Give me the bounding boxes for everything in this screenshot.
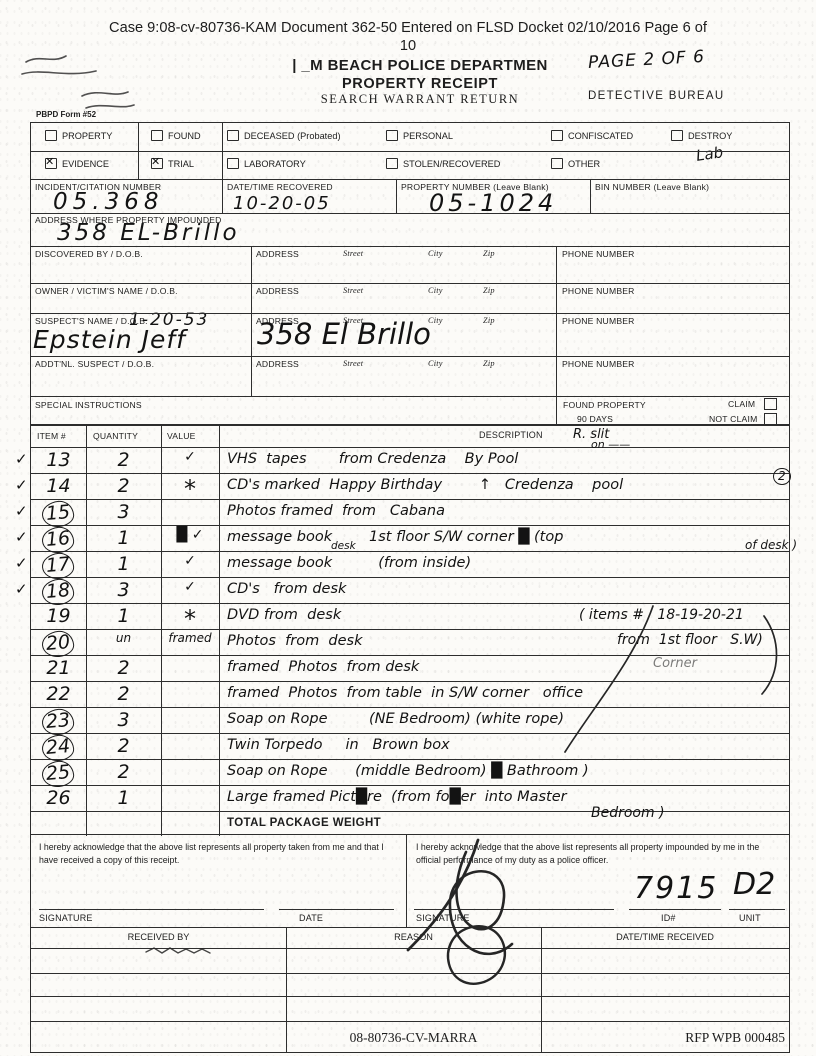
address-label: ADDRESS bbox=[256, 286, 299, 296]
item-row: 242Twin Torpedo in Brown box bbox=[31, 734, 789, 760]
unit-label: UNIT bbox=[739, 913, 761, 923]
rule-line bbox=[31, 396, 789, 397]
margin-checkmark: ✓ bbox=[15, 554, 28, 572]
city-label: City bbox=[428, 249, 443, 258]
not-claim-checkbox-icon bbox=[764, 413, 777, 425]
item-number: 17 bbox=[41, 552, 75, 581]
classification-checkbox: LABORATORY bbox=[227, 158, 306, 169]
zip-label: Zip bbox=[483, 316, 495, 325]
description-note-right: 2 bbox=[773, 468, 791, 485]
item-number-cell: 18 bbox=[31, 579, 86, 605]
phone-label: PHONE NUMBER bbox=[562, 316, 635, 326]
street-label: Street bbox=[343, 286, 363, 295]
item-number-cell: 19 bbox=[31, 605, 86, 628]
item-description: Photos framed from Cabana bbox=[227, 503, 445, 519]
ninety-days-label: 90 DAYS bbox=[577, 414, 613, 424]
checkbox-icon bbox=[227, 158, 239, 169]
checkbox-label: DECEASED (Probated) bbox=[244, 131, 341, 141]
checkbox-icon bbox=[151, 130, 163, 141]
signature-label: SIGNATURE bbox=[39, 913, 93, 923]
address-label: ADDRESS bbox=[256, 359, 299, 369]
classification-checkbox: FOUND bbox=[151, 130, 201, 141]
margin-checkmark: ✓ bbox=[15, 450, 28, 468]
quantity-cell: un bbox=[86, 631, 161, 645]
rule-line bbox=[31, 179, 789, 180]
value-cell: ✓ bbox=[161, 449, 219, 465]
received-by-header: RECEIVED BY bbox=[31, 932, 286, 942]
item-number-cell: 14 bbox=[31, 475, 86, 498]
total-weight-label: TOTAL PACKAGE WEIGHT bbox=[227, 817, 381, 829]
item-row: 222framed Photos from table in S/W corne… bbox=[31, 682, 789, 708]
corner-scribble bbox=[22, 56, 134, 108]
item-row: ✓171✓message book (from inside) bbox=[31, 552, 789, 578]
quantity-cell: 2 bbox=[86, 761, 161, 783]
quantity-cell: 1 bbox=[86, 527, 161, 549]
checkbox-icon bbox=[45, 130, 57, 141]
date-recovered-value: 10-20-05 bbox=[233, 193, 331, 214]
description-note-right: ( items # 18-19-20-21 bbox=[579, 607, 744, 623]
margin-checkmark: ✓ bbox=[15, 580, 28, 598]
item-row: ✓132✓VHS tapes from Credenza By Poolon —… bbox=[31, 448, 789, 474]
item-number: 20 bbox=[41, 630, 75, 659]
rule-line bbox=[31, 246, 789, 247]
value-cell: framed bbox=[161, 631, 219, 645]
phone-label: PHONE NUMBER bbox=[562, 249, 635, 259]
item-number: 13 bbox=[46, 449, 70, 471]
item-description: Large framed Pict█re (from fo█er into Ma… bbox=[227, 789, 567, 805]
zip-label: Zip bbox=[483, 249, 495, 258]
item-row: ✓183✓CD's from desk bbox=[31, 578, 789, 604]
divider bbox=[222, 123, 223, 213]
court-header-line1: Case 9:08-cv-80736-KAM Document 362-50 E… bbox=[0, 20, 816, 36]
item-description: Soap on Rope (NE Bedroom) (white rope) bbox=[227, 711, 564, 727]
checkbox-icon bbox=[227, 130, 239, 141]
rule-line bbox=[31, 151, 789, 152]
item-number: 14 bbox=[46, 475, 70, 497]
item-number-cell: 26 bbox=[31, 787, 86, 810]
description-note-above: on —— bbox=[591, 438, 630, 451]
item-number-cell: 15 bbox=[31, 501, 86, 527]
value-cell: * bbox=[161, 605, 219, 633]
item-row: ✓153Photos framed from Cabana bbox=[31, 500, 789, 526]
item-number-cell: 16 bbox=[31, 527, 86, 553]
checkbox-label: PROPERTY bbox=[62, 131, 112, 141]
item-description: DVD from desk bbox=[227, 607, 341, 623]
divider bbox=[406, 835, 407, 928]
unit-line bbox=[729, 909, 785, 910]
quantity-cell: 1 bbox=[86, 787, 161, 809]
suspect-name-value: Epstein Jeff bbox=[33, 325, 186, 354]
officer-signature-label: SIGNATURE bbox=[416, 913, 470, 923]
checkbox-label: CONFISCATED bbox=[568, 131, 633, 141]
ack-right-text: I hereby acknowledge that the above list… bbox=[416, 841, 778, 867]
date-label: DATE bbox=[299, 913, 323, 923]
zip-label: Zip bbox=[483, 286, 495, 295]
item-row: 212framed Photos from deskCorner bbox=[31, 656, 789, 682]
item-number: 18 bbox=[41, 578, 75, 607]
form-number: PBPD Form #52 bbox=[36, 110, 96, 119]
margin-checkmark: ✓ bbox=[15, 476, 28, 494]
classification-checkbox: CONFISCATED bbox=[551, 130, 633, 141]
checkbox-label: OTHER bbox=[568, 159, 600, 169]
received-section: RECEIVED BY REASON DATE/TIME RECEIVED 08… bbox=[30, 928, 790, 1053]
divider bbox=[161, 426, 162, 836]
quantity-cell: 3 bbox=[86, 579, 161, 601]
rule-line bbox=[31, 313, 789, 314]
checkbox-label: LABORATORY bbox=[244, 159, 306, 169]
date-line bbox=[279, 909, 394, 910]
claim-label: CLAIM bbox=[728, 399, 755, 409]
description-note-right: Corner bbox=[653, 656, 697, 671]
acknowledgment-section: I hereby acknowledge that the above list… bbox=[30, 835, 790, 928]
checkbox-label: EVIDENCE bbox=[62, 159, 109, 169]
item-number-cell: 23 bbox=[31, 709, 86, 735]
description-note-below: desk bbox=[331, 540, 356, 552]
classification-checkbox: DESTROY bbox=[671, 130, 732, 141]
classification-checkbox: PERSONAL bbox=[386, 130, 453, 141]
zip-label: Zip bbox=[483, 359, 495, 368]
value-cell: * bbox=[161, 475, 219, 503]
checkbox-label: FOUND bbox=[168, 131, 201, 141]
quantity-cell: 2 bbox=[86, 475, 161, 497]
checkbox-icon bbox=[45, 158, 57, 169]
value-cell: ✓ bbox=[161, 553, 219, 569]
row-line bbox=[31, 948, 789, 949]
item-number: 23 bbox=[41, 708, 75, 737]
classification-checkbox: EVIDENCE bbox=[45, 158, 109, 169]
quantity-cell: 3 bbox=[86, 709, 161, 731]
divider bbox=[219, 426, 220, 836]
item-description: CD's from desk bbox=[227, 581, 346, 597]
street-label: Street bbox=[343, 249, 363, 258]
item-row: ✓161█ ✓message book 1st floor S/W corner… bbox=[31, 526, 789, 552]
value-cell: ✓ bbox=[161, 579, 219, 595]
footer-case-number: 08-80736-CV-MARRA bbox=[286, 1030, 541, 1046]
checkbox-label: PERSONAL bbox=[403, 131, 453, 141]
classification-checkbox: DECEASED (Probated) bbox=[227, 130, 341, 141]
divider bbox=[556, 246, 557, 426]
checkbox-icon bbox=[671, 130, 683, 141]
checkbox-icon bbox=[551, 158, 563, 169]
city-label: City bbox=[428, 286, 443, 295]
item-number: 26 bbox=[46, 787, 70, 809]
quantity-cell: 2 bbox=[86, 449, 161, 471]
item-number-cell: 20 bbox=[31, 631, 86, 657]
item-number: 24 bbox=[41, 734, 75, 763]
checkbox-icon bbox=[151, 158, 163, 169]
item-number-cell: 17 bbox=[31, 553, 86, 579]
item-number: 21 bbox=[46, 657, 70, 679]
quantity-cell: 1 bbox=[86, 605, 161, 627]
description-note-right2: of desk ) bbox=[745, 538, 797, 552]
margin-checkmark: ✓ bbox=[15, 502, 28, 520]
checkbox-row-2: EVIDENCETRIALLABORATORYSTOLEN/RECOVEREDO… bbox=[31, 151, 789, 179]
item-row: 191*DVD from desk( items # 18-19-20-21 bbox=[31, 604, 789, 630]
quantity-cell: 2 bbox=[86, 683, 161, 705]
quantity-cell: 2 bbox=[86, 735, 161, 757]
item-number-cell: 25 bbox=[31, 761, 86, 787]
description-note-right: from 1st floor S.W) bbox=[617, 632, 763, 648]
address-impounded-value: 358 EL-Brillo bbox=[57, 220, 240, 246]
item-number-cell: 13 bbox=[31, 449, 86, 472]
id-label: ID# bbox=[661, 913, 676, 923]
street-label: Street bbox=[343, 359, 363, 368]
checkbox-row-1: PROPERTYFOUNDDECEASED (Probated)PERSONAL… bbox=[31, 123, 789, 151]
classification-checkbox: STOLEN/RECOVERED bbox=[386, 158, 500, 169]
checkbox-icon bbox=[386, 158, 398, 169]
item-number: 19 bbox=[46, 605, 70, 627]
claim-checkbox-icon bbox=[764, 398, 777, 410]
item-row: 252Soap on Rope (middle Bedroom) █ Bathr… bbox=[31, 760, 789, 786]
rule-line bbox=[31, 213, 789, 214]
id-value: 7915 bbox=[634, 871, 718, 906]
item-description: framed Photos from desk bbox=[227, 659, 419, 675]
item-row: 233Soap on Rope (NE Bedroom) (white rope… bbox=[31, 708, 789, 734]
footer-bates-number: RFP WPB 000485 bbox=[541, 1030, 785, 1046]
discovered-by-label: DISCOVERED BY / D.O.B. bbox=[35, 249, 143, 259]
item-description: CD's marked Happy Birthday ↑ Credenza po… bbox=[227, 477, 623, 493]
item-row: 261Large framed Pict█re (from fo█er into… bbox=[31, 786, 789, 812]
officer-signature-line bbox=[414, 909, 614, 910]
ack-left-text: I hereby acknowledge that the above list… bbox=[39, 841, 384, 867]
bureau-label: DETECTIVE BUREAU bbox=[588, 90, 724, 102]
divider bbox=[590, 179, 591, 213]
item-description: framed Photos from table in S/W corner o… bbox=[227, 685, 583, 701]
row-line bbox=[31, 973, 789, 974]
divider bbox=[86, 426, 87, 836]
item-number-cell: 21 bbox=[31, 657, 86, 680]
unit-value: D2 bbox=[733, 867, 775, 902]
item-number-cell: 24 bbox=[31, 735, 86, 761]
phone-label: PHONE NUMBER bbox=[562, 286, 635, 296]
row-line bbox=[31, 1021, 789, 1022]
quantity-cell: 2 bbox=[86, 657, 161, 679]
divider bbox=[251, 246, 252, 396]
item-row: ✓142*CD's marked Happy Birthday ↑ Creden… bbox=[31, 474, 789, 500]
item-description: Twin Torpedo in Brown box bbox=[227, 737, 450, 753]
date-recovered-label: DATE/TIME RECOVERED bbox=[227, 182, 333, 192]
item-description: Soap on Rope (middle Bedroom) █ Bathroom… bbox=[227, 763, 589, 779]
classification-checkbox: OTHER bbox=[551, 158, 600, 169]
checkbox-icon bbox=[386, 130, 398, 141]
special-instructions-label: SPECIAL INSTRUCTIONS bbox=[35, 400, 142, 410]
signature-line bbox=[39, 909, 264, 910]
checkbox-label: DESTROY bbox=[688, 131, 732, 141]
bin-number-label: BIN NUMBER (Leave Blank) bbox=[595, 182, 709, 192]
document-page: Case 9:08-cv-80736-KAM Document 362-50 E… bbox=[0, 0, 816, 1056]
item-description: VHS tapes from Credenza By Pool bbox=[227, 451, 518, 467]
suspect-address-value: 358 El Brillo bbox=[257, 317, 431, 351]
reason-header: REASON bbox=[286, 932, 541, 942]
divider bbox=[138, 123, 139, 179]
rule-line bbox=[31, 283, 789, 284]
id-line bbox=[629, 909, 721, 910]
item-description: message book (from inside) bbox=[227, 555, 471, 571]
value-cell: █ ✓ bbox=[161, 527, 219, 543]
margin-checkmark: ✓ bbox=[15, 528, 28, 546]
datetime-received-header: DATE/TIME RECEIVED bbox=[541, 932, 789, 942]
checkbox-icon bbox=[551, 130, 563, 141]
checkbox-label: STOLEN/RECOVERED bbox=[403, 159, 500, 169]
item-description: message book 1st floor S/W corner █ (top bbox=[227, 529, 563, 545]
row-line bbox=[31, 996, 789, 997]
item-number: 22 bbox=[46, 683, 70, 705]
found-property-label: FOUND PROPERTY bbox=[563, 400, 646, 410]
checkbox-label: TRIAL bbox=[168, 159, 194, 169]
divider bbox=[396, 179, 397, 213]
rule-line bbox=[31, 356, 789, 357]
handwritten-lab-note: Lab bbox=[695, 143, 724, 165]
items-table: ITEM # QUANTITY VALUE DESCRIPTION R. sli… bbox=[30, 425, 790, 835]
classification-checkbox: PROPERTY bbox=[45, 130, 112, 141]
addtnl-suspect-label: ADDT'NL. SUSPECT / D.O.B. bbox=[35, 359, 154, 369]
address-label: ADDRESS bbox=[256, 249, 299, 259]
owner-victim-label: OWNER / VICTIM'S NAME / D.O.B. bbox=[35, 286, 178, 296]
item-row: 20unframedPhotos from deskfrom 1st floor… bbox=[31, 630, 789, 656]
city-label: City bbox=[428, 359, 443, 368]
items-rows: ✓132✓VHS tapes from Credenza By Poolon —… bbox=[31, 426, 789, 836]
classification-checkbox: TRIAL bbox=[151, 158, 194, 169]
not-claim-label: NOT CLAIM bbox=[709, 414, 757, 424]
item-number: 16 bbox=[41, 526, 75, 555]
item-number-cell: 22 bbox=[31, 683, 86, 706]
item-description: Photos from desk bbox=[227, 633, 363, 649]
upper-form-section: PROPERTYFOUNDDECEASED (Probated)PERSONAL… bbox=[30, 122, 790, 425]
incident-number-value: 05.368 bbox=[53, 189, 163, 215]
quantity-cell: 3 bbox=[86, 501, 161, 523]
item-number: 15 bbox=[41, 500, 75, 529]
phone-label: PHONE NUMBER bbox=[562, 359, 635, 369]
item-number: 25 bbox=[41, 760, 75, 789]
quantity-cell: 1 bbox=[86, 553, 161, 575]
total-weight-row: TOTAL PACKAGE WEIGHT bbox=[31, 812, 789, 836]
